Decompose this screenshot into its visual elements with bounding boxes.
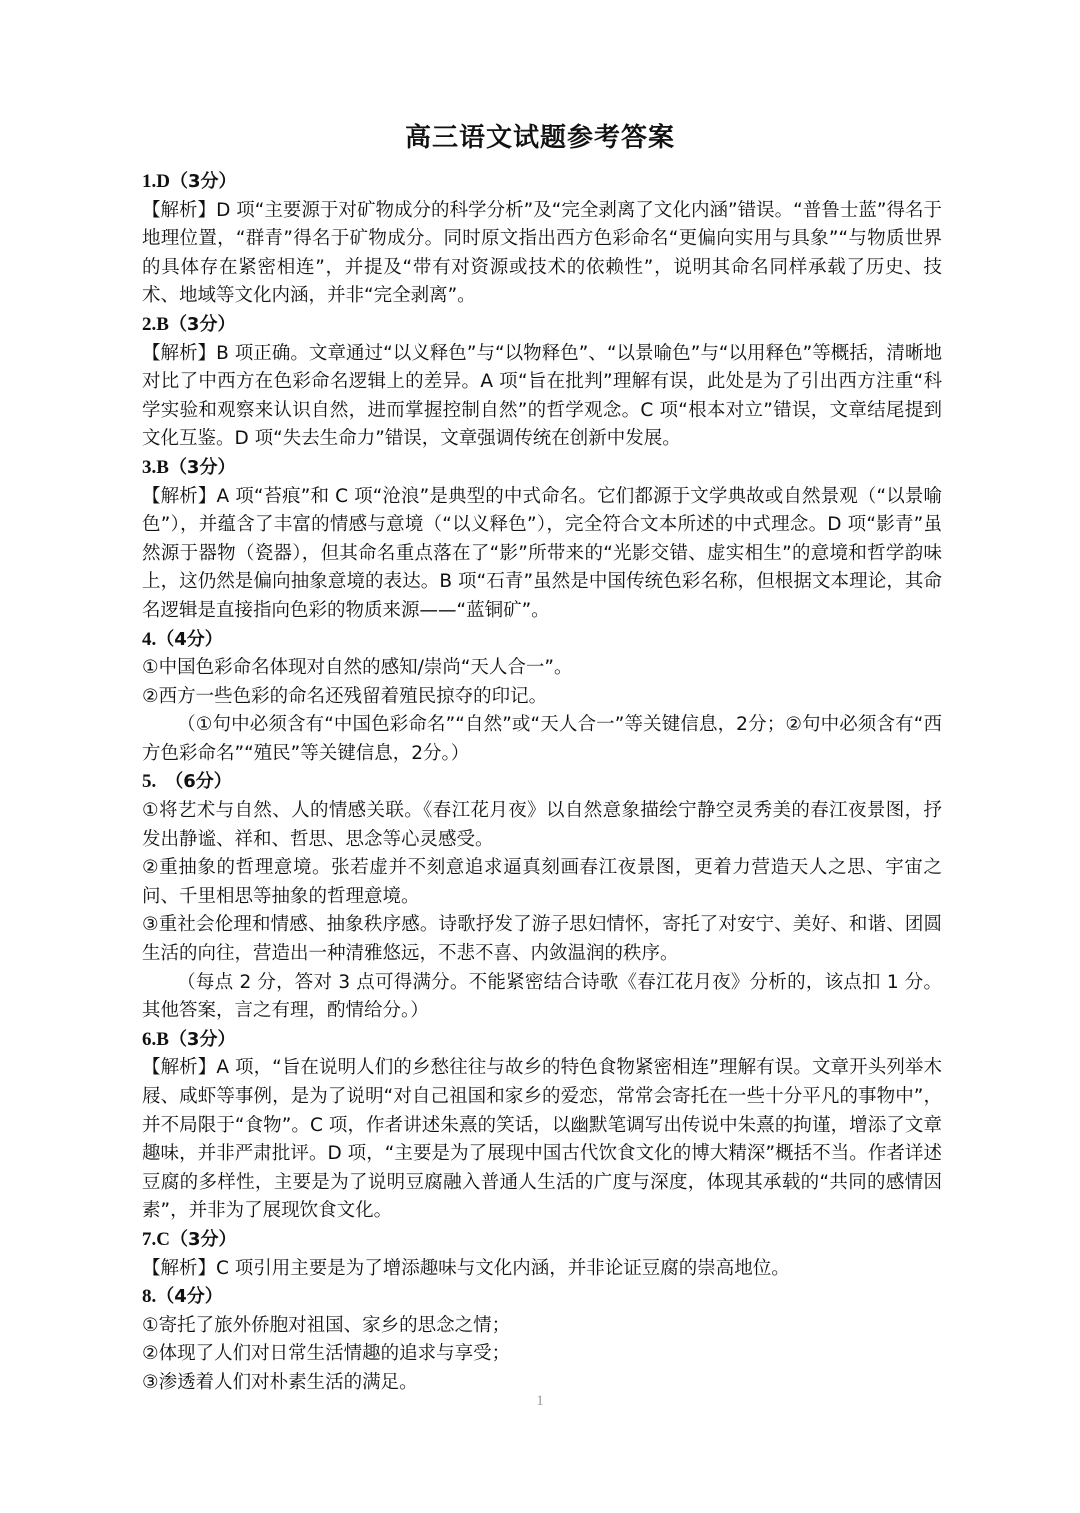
answer-point: ②西方一些色彩的命名还残留着殖民掠夺的印记。 xyxy=(142,683,942,712)
question-points: （3分） xyxy=(170,171,237,192)
explanation-paragraph: 【解析】B 项正确。文章通过“以义释色”与“以物释色”、“以景喻色”与“以用释色… xyxy=(142,340,942,454)
question-8: 8.（4分） ①寄托了旅外侨胞对祖国、家乡的思念之情； ②体现了人们对日常生活情… xyxy=(142,1283,942,1397)
page-number: 1 xyxy=(0,1393,1080,1410)
question-number: 3.B xyxy=(142,457,169,478)
answer-point: ②重抽象的哲理意境。张若虚并不刻意追求逼真刻画春江夜景图，更着力营造天人之思、宇… xyxy=(142,854,942,911)
page-title: 高三语文试题参考答案 xyxy=(0,120,1080,156)
answer-point: ③重社会伦理和情感、抽象秩序感。诗歌抒发了游子思妇情怀，寄托了对安宁、美好、和谐… xyxy=(142,911,942,968)
answer-content: 1.D（3分） 【解析】D 项“主要源于对矿物成分的科学分析”及“完全剥离了文化… xyxy=(142,168,942,1398)
answer-key-page: 高三语文试题参考答案 1.D（3分） 【解析】D 项“主要源于对矿物成分的科学分… xyxy=(0,0,1080,1513)
question-number: 1.D xyxy=(142,171,170,192)
answer-point: ①寄托了旅外侨胞对祖国、家乡的思念之情； xyxy=(142,1312,942,1341)
question-heading: 7.C（3分） xyxy=(142,1226,942,1255)
question-number: 6.B xyxy=(142,1029,169,1050)
question-number: 7.C xyxy=(142,1229,170,1250)
question-heading: 1.D（3分） xyxy=(142,168,942,197)
question-number: 8. xyxy=(142,1286,156,1307)
question-6: 6.B（3分） 【解析】A 项，“旨在说明人们的乡愁往往与故乡的特色食物紧密相连… xyxy=(142,1026,942,1226)
answer-point: ①中国色彩命名体现对自然的感知/崇尚“天人合一”。 xyxy=(142,654,942,683)
question-number: 5. xyxy=(142,771,156,792)
question-points: （3分） xyxy=(169,314,236,335)
explanation-paragraph: 【解析】C 项引用主要是为了增添趣味与文化内涵，并非论证豆腐的崇高地位。 xyxy=(142,1255,942,1284)
question-points: （4分） xyxy=(156,629,223,650)
question-2: 2.B（3分） 【解析】B 项正确。文章通过“以义释色”与“以物释色”、“以景喻… xyxy=(142,311,942,454)
question-points: （4分） xyxy=(156,1286,223,1307)
explanation-paragraph: 【解析】A 项，“旨在说明人们的乡愁往往与故乡的特色食物紧密相连”理解有误。文章… xyxy=(142,1054,942,1226)
question-number: 4. xyxy=(142,629,156,650)
question-5: 5. （6分） ①将艺术与自然、人的情感关联。《春江花月夜》以自然意象描绘宁静空… xyxy=(142,768,942,1025)
question-points: （3分） xyxy=(169,1029,236,1050)
question-heading: 8.（4分） xyxy=(142,1283,942,1312)
explanation-paragraph: 【解析】D 项“主要源于对矿物成分的科学分析”及“完全剥离了文化内涵”错误。“普… xyxy=(142,197,942,311)
question-1: 1.D（3分） 【解析】D 项“主要源于对矿物成分的科学分析”及“完全剥离了文化… xyxy=(142,168,942,311)
question-heading: 6.B（3分） xyxy=(142,1026,942,1055)
answer-point: ②体现了人们对日常生活情趣的追求与享受； xyxy=(142,1340,942,1369)
question-heading: 4.（4分） xyxy=(142,626,942,655)
question-points: （6分） xyxy=(156,771,232,792)
question-heading: 5. （6分） xyxy=(142,768,942,797)
explanation-paragraph: 【解析】A 项“苔痕”和 C 项“沧浪”是典型的中式命名。它们都源于文学典故或自… xyxy=(142,483,942,626)
question-3: 3.B（3分） 【解析】A 项“苔痕”和 C 项“沧浪”是典型的中式命名。它们都… xyxy=(142,454,942,626)
question-heading: 3.B（3分） xyxy=(142,454,942,483)
question-points: （3分） xyxy=(169,457,236,478)
question-4: 4.（4分） ①中国色彩命名体现对自然的感知/崇尚“天人合一”。 ②西方一些色彩… xyxy=(142,626,942,769)
answer-point: ①将艺术与自然、人的情感关联。《春江花月夜》以自然意象描绘宁静空灵秀美的春江夜景… xyxy=(142,797,942,854)
question-number: 2.B xyxy=(142,314,169,335)
question-7: 7.C（3分） 【解析】C 项引用主要是为了增添趣味与文化内涵，并非论证豆腐的崇… xyxy=(142,1226,942,1283)
scoring-note: （①句中必须含有“中国色彩命名”“自然”或“天人合一”等关键信息，2分；②句中必… xyxy=(142,711,942,768)
question-points: （3分） xyxy=(170,1229,237,1250)
scoring-note: （每点 2 分，答对 3 点可得满分。不能紧密结合诗歌《春江花月夜》分析的，该点… xyxy=(142,969,942,1026)
question-heading: 2.B（3分） xyxy=(142,311,942,340)
